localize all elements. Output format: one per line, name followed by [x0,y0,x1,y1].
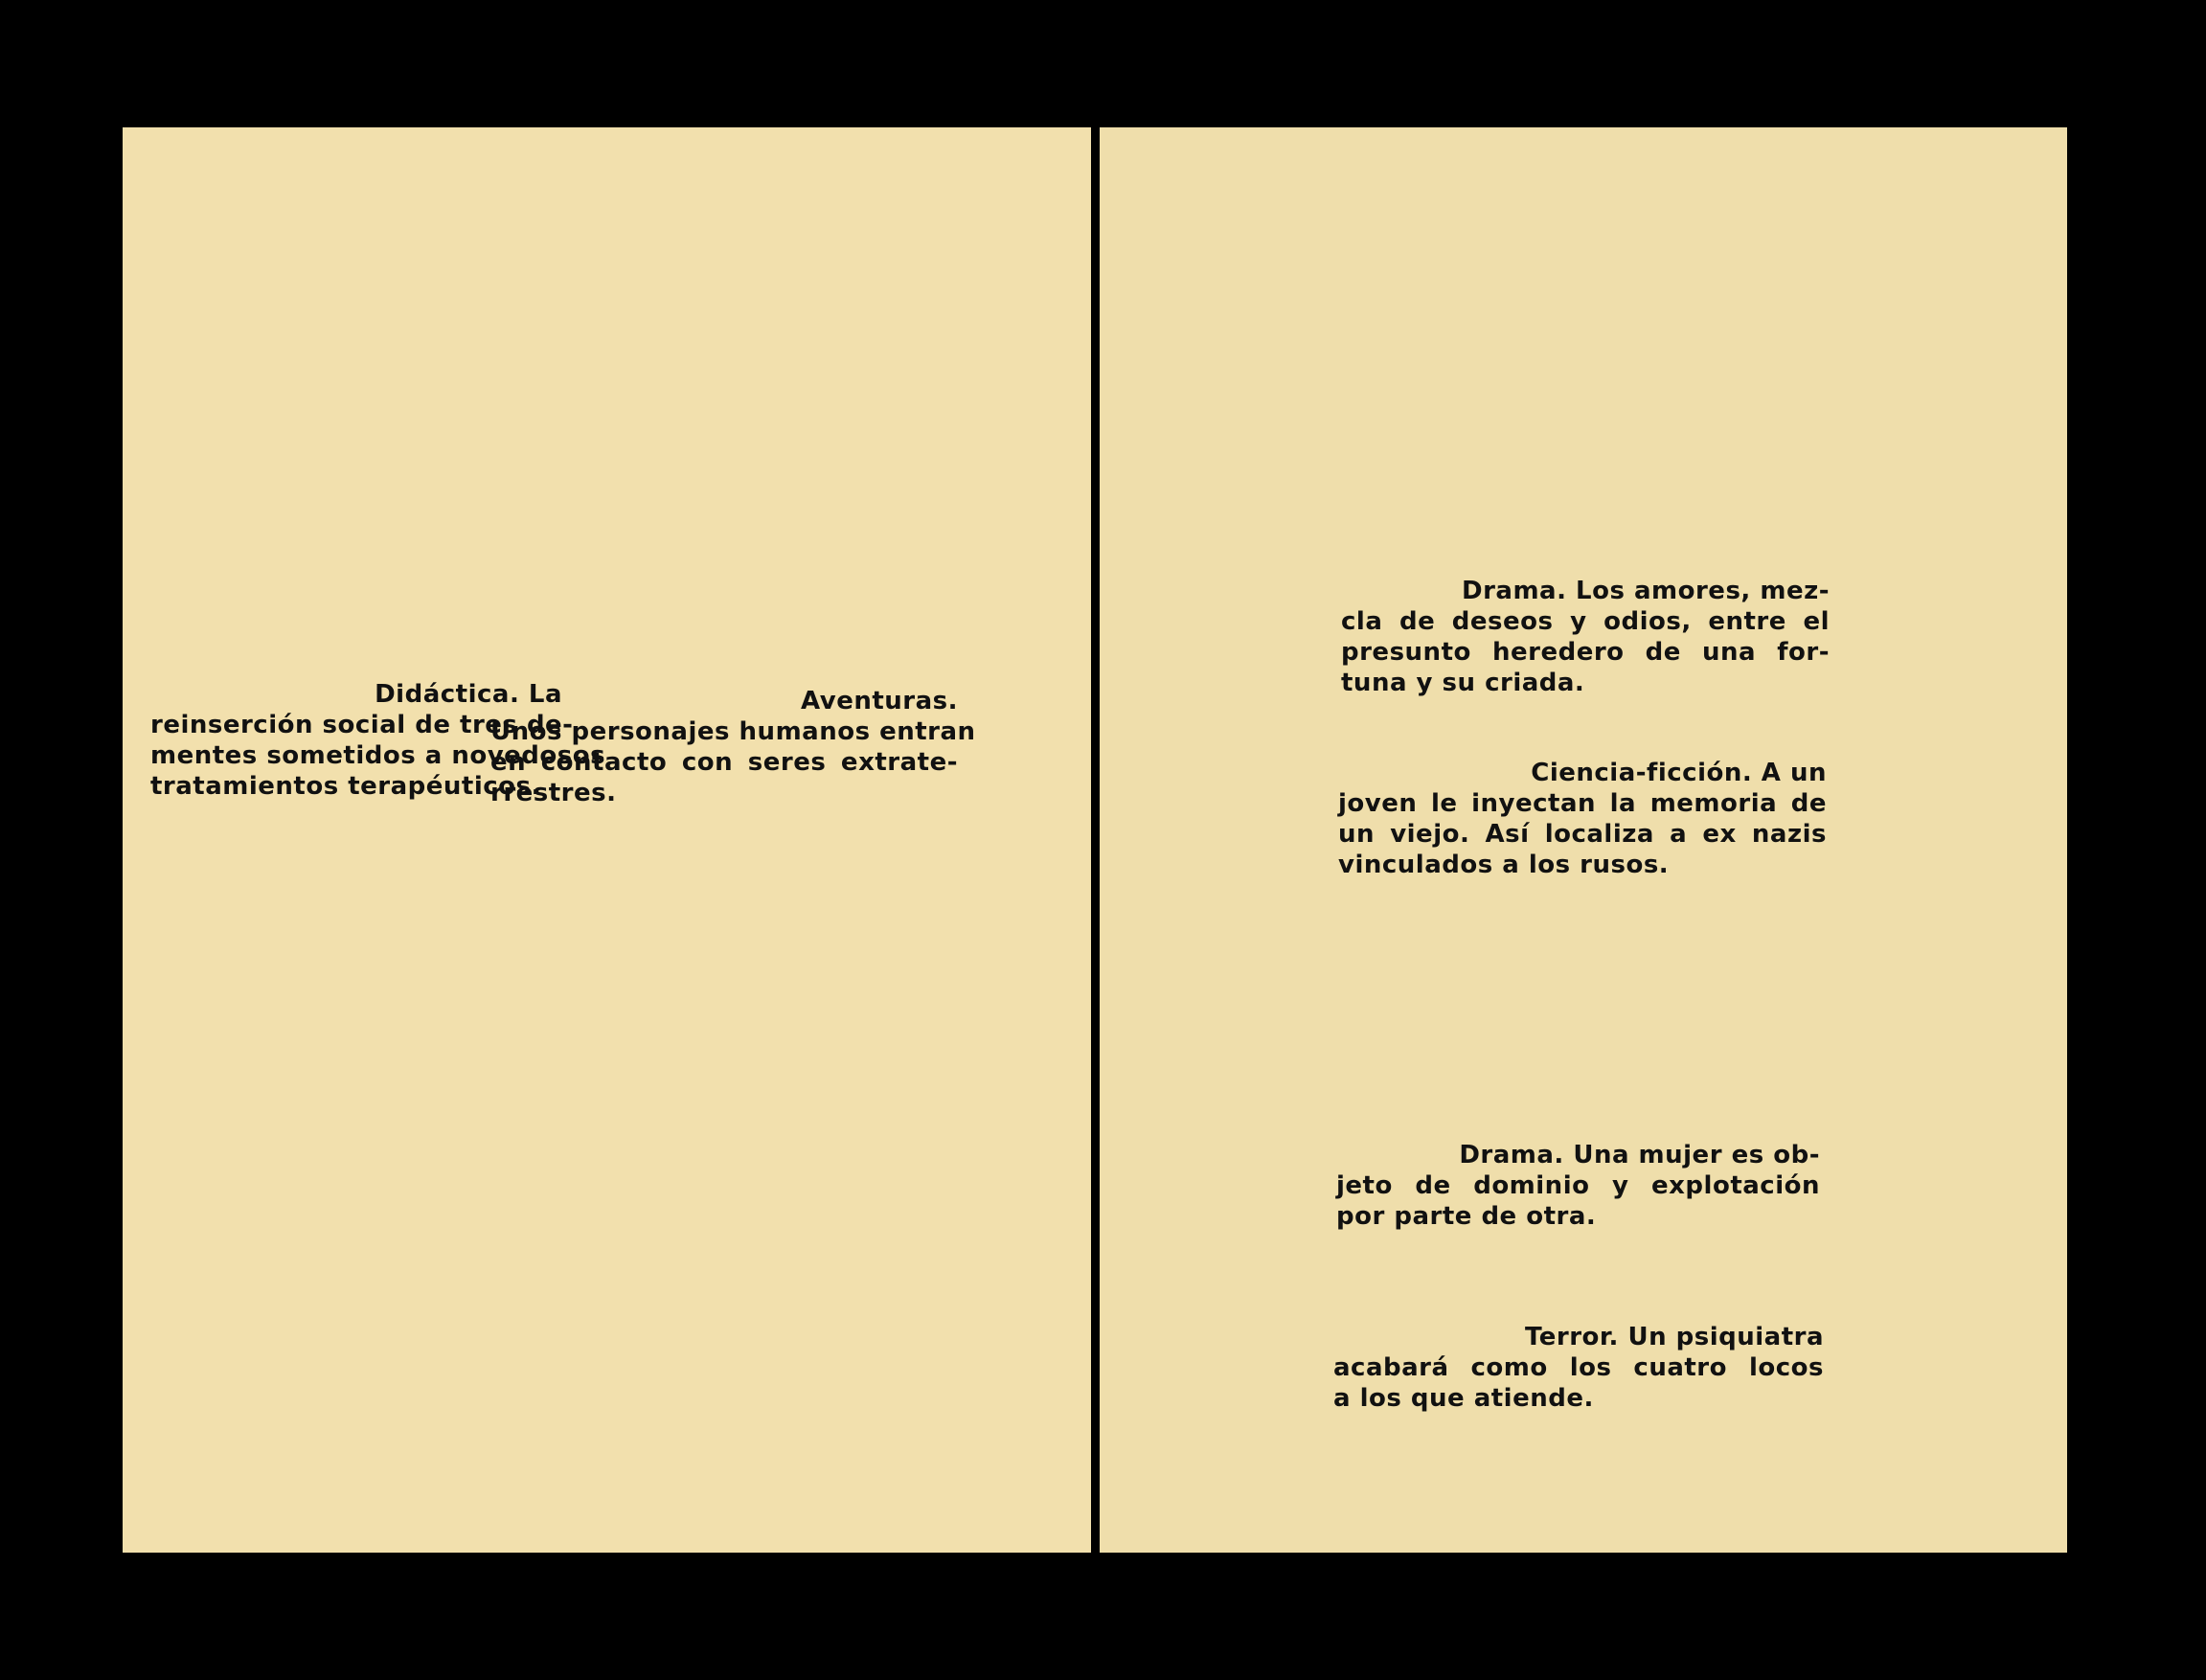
snippet-line: tuna y su criada. [1341,668,1830,698]
snippet-line: rrestres. [490,778,958,808]
snippet-line: joven le inyectan la memoria de [1338,788,1827,819]
snippet-line: Drama. Una mujer es ob- [1336,1140,1820,1170]
snippet-line: en contacto con seres extrate- [490,747,958,778]
snippet-drama-1: Drama. Los amores, mez- cla de deseos y … [1341,576,1830,698]
left-page [123,127,1091,1553]
snippet-drama-2: Drama. Una mujer es ob- jeto de dominio … [1336,1140,1820,1232]
snippet-line: por parte de otra. [1336,1201,1820,1232]
snippet-line: Unos personajes humanos entran [490,716,958,747]
snippet-ciencia-ficcion: Ciencia-ficción. A un joven le inyectan … [1338,758,1827,880]
snippet-line: acabará como los cuatro locos [1333,1352,1824,1383]
snippet-line: cla de deseos y odios, entre el [1341,606,1830,637]
snippet-line: Drama. Los amores, mez- [1341,576,1830,606]
snippet-line: Terror. Un psiquiatra [1333,1322,1824,1352]
snippet-line: Ciencia-ficción. A un [1338,758,1827,788]
snippet-line: vinculados a los rusos. [1338,850,1827,880]
snippet-line: un viejo. Así localiza a ex nazis [1338,819,1827,850]
snippet-terror: Terror. Un psiquiatra acabará como los c… [1333,1322,1824,1414]
snippet-line: a los que atiende. [1333,1383,1824,1414]
snippet-aventuras: Aventuras. Unos personajes humanos entra… [490,686,958,808]
snippet-line: jeto de dominio y explotación [1336,1170,1820,1201]
snippet-line: Aventuras. [490,686,958,716]
snippet-line: presunto heredero de una for- [1341,637,1830,668]
